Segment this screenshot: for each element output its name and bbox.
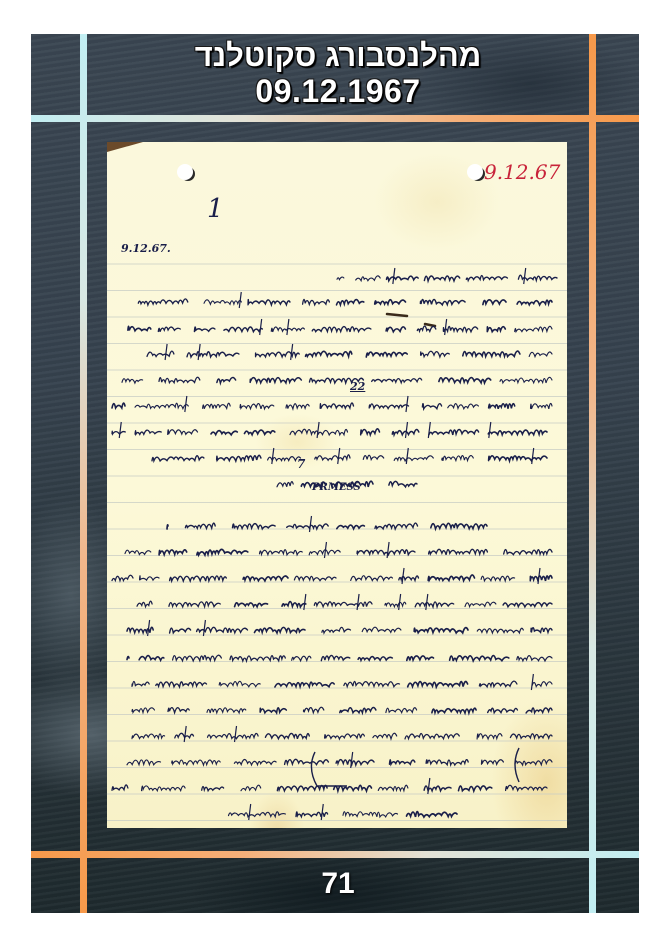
latin-word: PRMESS xyxy=(312,482,361,493)
punch-hole-right xyxy=(467,164,483,180)
number-7: 7 xyxy=(297,457,305,471)
frame-line-left xyxy=(80,34,87,913)
archive-date-annotation: 9.12.67 xyxy=(484,160,560,184)
punch-hole-left xyxy=(177,164,193,180)
sheet-number: 1 xyxy=(207,194,224,224)
frame-line-right xyxy=(589,34,596,913)
page-title: מהלנסבורג סקוטלנד xyxy=(87,38,589,74)
page-date: 09.12.1967 xyxy=(87,72,589,110)
letter-scan: 9.12.67 1 9.12.67. 22 7 PRMESS xyxy=(107,142,567,828)
number-22: 22 xyxy=(350,380,365,393)
frame-line-top xyxy=(31,115,639,122)
frame-line-bottom xyxy=(31,851,639,858)
written-date: 9.12.67. xyxy=(121,242,171,255)
page-number: 71 xyxy=(87,866,589,902)
